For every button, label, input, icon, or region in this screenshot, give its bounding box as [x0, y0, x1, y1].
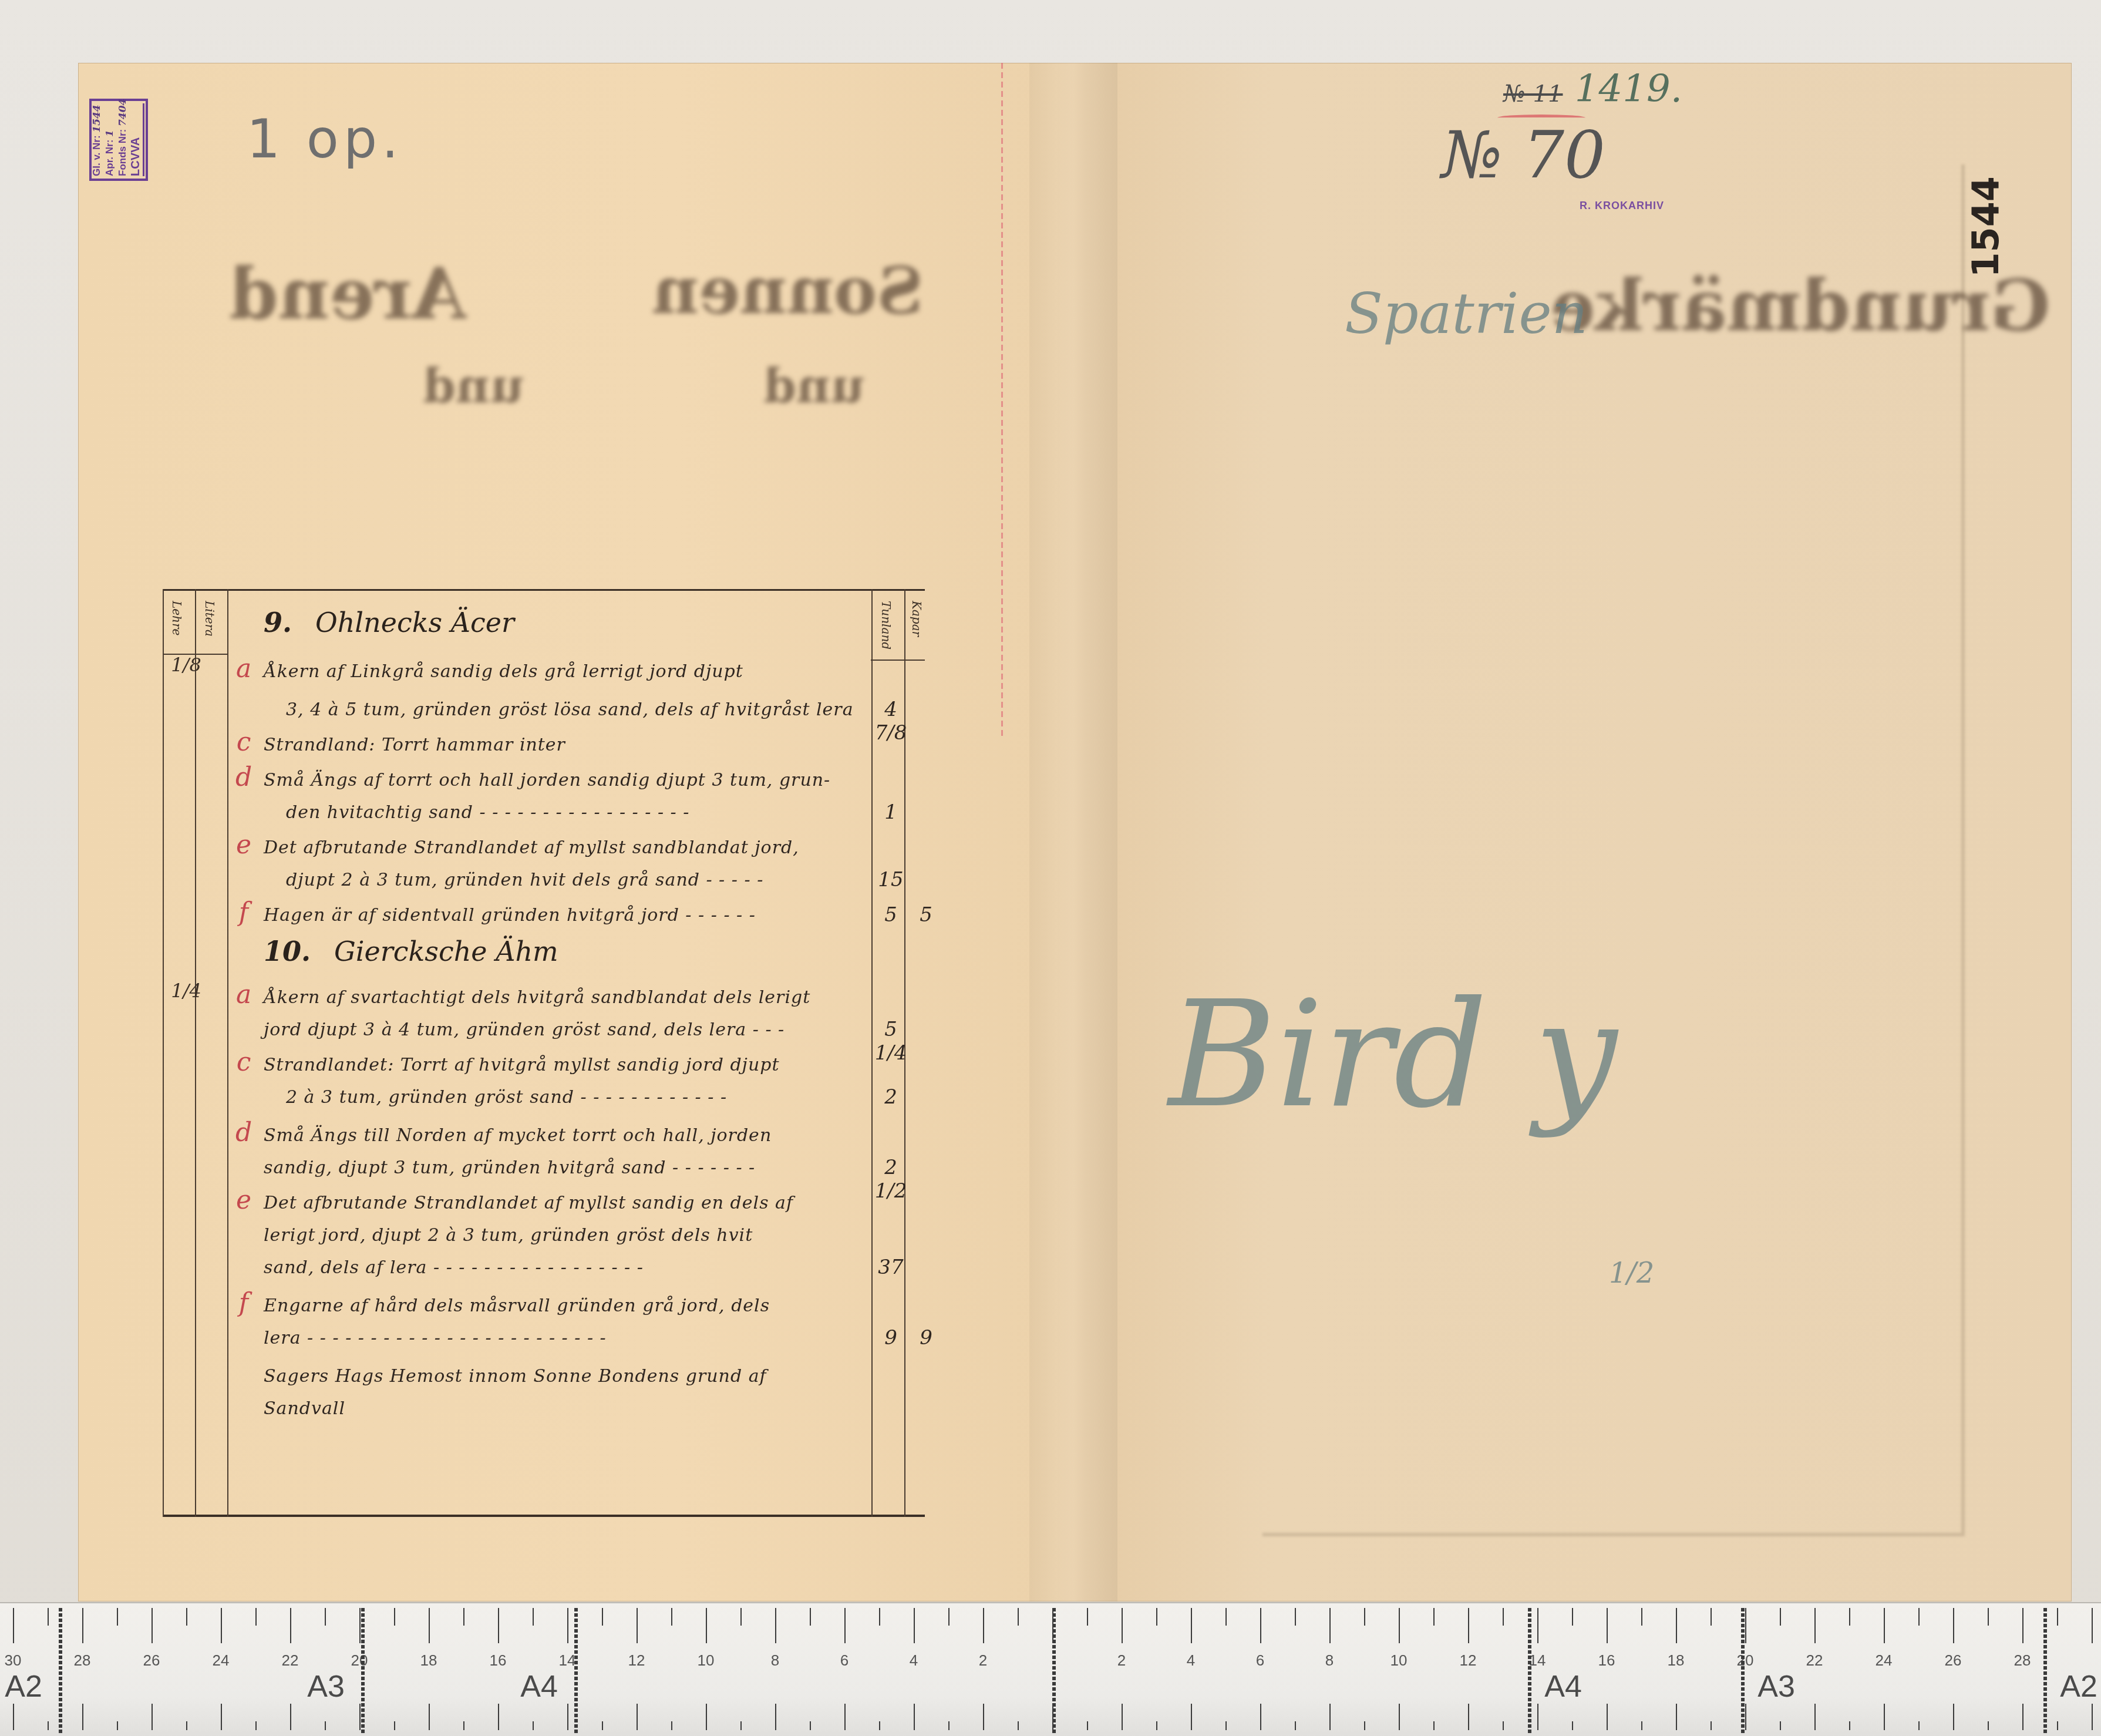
- ruler-tick: [1537, 1608, 1538, 1643]
- red-margin-line: [1001, 63, 1003, 738]
- section-left-value: 1/4: [169, 980, 204, 1002]
- ruler-tick: [290, 1704, 291, 1730]
- ruler-tick: [844, 1608, 846, 1643]
- ruler-tick: [359, 1704, 361, 1730]
- ruler-tick: [13, 1608, 14, 1643]
- ruler-tick: [1849, 1608, 1850, 1626]
- ruler-label: 24: [213, 1651, 230, 1670]
- ruler-label: 20: [351, 1651, 368, 1670]
- ruler-tick: [1433, 1608, 1435, 1626]
- ruler-tick: [1468, 1608, 1469, 1643]
- bleed-through-text: Arend: [229, 253, 466, 335]
- ruler-tick: [2057, 1608, 2058, 1626]
- ruler-tick: [1988, 1721, 1989, 1730]
- ruler-tick: [671, 1721, 672, 1730]
- ruler-tick: [48, 1721, 49, 1730]
- ruler-tick: [602, 1721, 603, 1730]
- ruler-tick: [914, 1704, 915, 1730]
- ruler-label: 12: [628, 1651, 645, 1670]
- ruler-tick: [948, 1608, 950, 1626]
- ruler-tick: [1884, 1704, 1885, 1730]
- stamp-fonds: Fonds Nr: 7404: [117, 103, 129, 176]
- ruler-tick: [1676, 1704, 1677, 1730]
- ruler-tick: [1018, 1721, 1019, 1730]
- ruler-tick: [48, 1608, 49, 1626]
- bleed-through-frame: [1262, 164, 1965, 1536]
- ruler-tick: [1572, 1721, 1573, 1730]
- ruler-tick: [1295, 1721, 1296, 1730]
- ruler-tick: [394, 1608, 395, 1626]
- ruler-tick: [706, 1608, 707, 1643]
- ruler-tick: [1607, 1704, 1608, 1730]
- ruler-tick: [186, 1721, 187, 1730]
- ruler-tick: [1260, 1608, 1261, 1643]
- ruler-tick: [1503, 1721, 1504, 1730]
- book-spine: [1029, 63, 1117, 1602]
- ruler-tick: [533, 1721, 534, 1730]
- ruler-tick: [740, 1721, 742, 1730]
- ruler-tick: [255, 1608, 257, 1626]
- ruler-tick: [533, 1608, 534, 1626]
- ruler-tick: [879, 1608, 880, 1626]
- ruler-label: 28: [74, 1651, 91, 1670]
- ruler-tick: [82, 1704, 83, 1730]
- paper-format-label: A4: [1544, 1669, 1582, 1704]
- ruler-label: 22: [282, 1651, 299, 1670]
- ruler-label: 10: [698, 1651, 715, 1670]
- ruler-tick: [844, 1704, 846, 1730]
- table-column-rule: [163, 589, 164, 1517]
- ruler-label: 16: [1598, 1651, 1615, 1670]
- ruler-tick: [394, 1721, 395, 1730]
- paper-format-label: A2: [5, 1669, 42, 1704]
- ruler-tick: [1780, 1608, 1781, 1626]
- bleed-through-text: Sonnen: [652, 253, 924, 328]
- ruler-label: 24: [1876, 1651, 1893, 1670]
- paper-format-marker: [574, 1608, 578, 1734]
- ruler-tick: [637, 1704, 638, 1730]
- ruler-tick: [1745, 1608, 1746, 1643]
- ruler-tick: [13, 1704, 14, 1730]
- section-heading: 9.Ohlnecks Äcer: [264, 607, 514, 638]
- ruler-label: 8: [771, 1651, 779, 1670]
- ruler-tick: [1156, 1721, 1157, 1730]
- ruler-tick: [2057, 1721, 2058, 1730]
- ruler-tick: [775, 1608, 776, 1643]
- table-column-rule: [195, 589, 196, 1517]
- ruler-tick: [290, 1608, 291, 1643]
- ruler-tick: [740, 1608, 742, 1626]
- ruler-tick: [1711, 1721, 1712, 1730]
- document-number: № 70: [1442, 117, 1605, 193]
- ruler-tick: [983, 1704, 984, 1730]
- ledger-table: Lehre Litera Tunland Kapar 9.Ohlnecks Äc…: [163, 589, 925, 1517]
- section-heading: 10.Giercksche Ähm: [264, 936, 558, 967]
- pencil-annotation: Bird y: [1169, 969, 1617, 1140]
- ruler-label: 18: [420, 1651, 437, 1670]
- ruler-tick: [1087, 1721, 1088, 1730]
- paper-format-label: A3: [307, 1669, 345, 1704]
- ruler-tick: [151, 1704, 153, 1730]
- ruler-label: 6: [1256, 1651, 1264, 1670]
- archive-stamp-right: R. KROKARHIV: [1580, 200, 1664, 212]
- ruler-tick: [2022, 1608, 2023, 1643]
- ruler-tick: [151, 1608, 153, 1643]
- ruler-tick: [1329, 1608, 1331, 1643]
- ruler-label: 18: [1668, 1651, 1685, 1670]
- ruler-tick: [879, 1721, 880, 1730]
- ruler-tick: [221, 1608, 222, 1643]
- ruler-tick: [186, 1608, 187, 1626]
- ruler-tick: [1780, 1721, 1781, 1730]
- ruler-tick: [1884, 1608, 1885, 1643]
- ruler-tick: [1433, 1721, 1435, 1730]
- paper-format-label: A3: [1757, 1669, 1795, 1704]
- ruler-label: 30: [5, 1651, 22, 1670]
- ruler-tick: [1364, 1721, 1365, 1730]
- paper-format-marker: [2043, 1608, 2047, 1734]
- ruler-tick: [1122, 1704, 1123, 1730]
- catalog-number: № 11 1419.: [1503, 68, 1682, 111]
- ruler-tick: [706, 1704, 707, 1730]
- ruler-label: 14: [559, 1651, 576, 1670]
- ruler-tick: [1225, 1608, 1227, 1626]
- ruler-tick: [1364, 1608, 1365, 1626]
- ruler-tick: [1607, 1608, 1608, 1643]
- paper-format-marker: [1528, 1608, 1531, 1734]
- ruler-tick: [1087, 1608, 1088, 1626]
- ruler-tick: [567, 1704, 568, 1730]
- ruler-tick: [117, 1608, 118, 1626]
- ruler-tick: [914, 1608, 915, 1643]
- ruler-tick: [2092, 1704, 2093, 1730]
- stamp-apr: Apr. Nr: 1: [104, 103, 116, 176]
- ruler-tick: [1537, 1704, 1538, 1730]
- ruler-tick: [1225, 1721, 1227, 1730]
- side-page-number: 1544: [1964, 176, 2007, 278]
- ruler-tick: [775, 1704, 776, 1730]
- ruler-tick: [1676, 1608, 1677, 1643]
- ruler-tick: [221, 1704, 222, 1730]
- stamp-glv: Gl. v. Nr: 1544: [91, 103, 103, 176]
- stamp-title: LCVVA: [130, 103, 144, 176]
- ruler-tick: [1122, 1608, 1123, 1643]
- ruler-label: 16: [490, 1651, 507, 1670]
- ruler-tick: [117, 1721, 118, 1730]
- ruler-tick: [82, 1608, 83, 1643]
- ruler-tick: [1849, 1721, 1850, 1730]
- ruler-tick: [1468, 1704, 1469, 1730]
- ruler-tick: [1399, 1704, 1400, 1730]
- ruler-tick: [1260, 1704, 1261, 1730]
- ruler-tick: [1399, 1608, 1400, 1643]
- ruler-tick: [2022, 1704, 2023, 1730]
- ruler-tick: [1503, 1608, 1504, 1626]
- ruler-tick: [1295, 1608, 1296, 1626]
- ruler-label: 28: [2014, 1651, 2031, 1670]
- bleed-through-text: und: [763, 358, 864, 413]
- ruler-tick: [810, 1608, 811, 1626]
- ruler-tick: [1814, 1608, 1816, 1643]
- ruler-label: 4: [1187, 1651, 1195, 1670]
- ruler-label: 4: [910, 1651, 918, 1670]
- bleed-through-text: und: [423, 358, 524, 413]
- ruler-center-marker: [1052, 1608, 1056, 1734]
- ruler-tick: [498, 1704, 499, 1730]
- ruler-label: 26: [1945, 1651, 1962, 1670]
- archive-stamp: LCVVA Fonds Nr: 7404 Apr. Nr: 1 Gl. v. N…: [89, 99, 148, 181]
- ruler-tick: [429, 1704, 430, 1730]
- ruler-tick: [1918, 1721, 1920, 1730]
- ruler-tick: [429, 1608, 430, 1643]
- paper-format-marker: [1741, 1608, 1745, 1734]
- ruler-label: 12: [1460, 1651, 1477, 1670]
- ruler-tick: [1918, 1608, 1920, 1626]
- ruler-label: 6: [840, 1651, 849, 1670]
- ruler-tick: [1814, 1704, 1816, 1730]
- column-header-litera: Litera: [203, 601, 217, 637]
- ruler-label: 8: [1325, 1651, 1334, 1670]
- ruler-tick: [463, 1721, 464, 1730]
- ruler-tick: [1018, 1608, 1019, 1626]
- ruler-tick: [1988, 1608, 1989, 1626]
- ruler-tick: [498, 1608, 499, 1643]
- ruler-tick: [1191, 1608, 1192, 1643]
- ruler-tick: [325, 1721, 326, 1730]
- ruler-tick: [671, 1608, 672, 1626]
- paper-format-marker: [361, 1608, 365, 1734]
- ruler-tick: [810, 1721, 811, 1730]
- paper-format-marker: [59, 1608, 62, 1734]
- ruler-tick: [1329, 1704, 1331, 1730]
- ruler-tick: [2092, 1608, 2093, 1643]
- pencil-mark: 1/2: [1609, 1257, 1654, 1290]
- paper-format-label: A2: [2060, 1669, 2097, 1704]
- ruler-tick: [567, 1608, 568, 1643]
- ruler-label: 10: [1390, 1651, 1408, 1670]
- ruler-tick: [1156, 1608, 1157, 1626]
- ruler-tick: [1953, 1704, 1954, 1730]
- ruler-tick: [1572, 1608, 1573, 1626]
- section-left-value: 1/8: [169, 654, 204, 676]
- ruler-label: 2: [979, 1651, 987, 1670]
- ledger-rows: 9.Ohlnecks Äcer 1/8 a Åkern af Linkgrå s…: [227, 589, 925, 1517]
- paper-format-label: A4: [520, 1669, 558, 1704]
- ruler-tick: [1711, 1608, 1712, 1626]
- pencil-note: 1 op.: [247, 109, 403, 170]
- ruler-tick: [359, 1608, 361, 1643]
- ruler-tick: [1745, 1704, 1746, 1730]
- ruler-tick: [637, 1608, 638, 1643]
- ruler-tick: [1191, 1704, 1192, 1730]
- ruler-tick: [1641, 1721, 1642, 1730]
- ruler-tick: [948, 1721, 950, 1730]
- ruler-tick: [602, 1608, 603, 1626]
- column-header-lehre: Lehre: [170, 601, 184, 635]
- ruler-label: 2: [1117, 1651, 1126, 1670]
- ruler-label: 22: [1806, 1651, 1823, 1670]
- ruler-tick: [1953, 1608, 1954, 1643]
- ruler-tick: [463, 1608, 464, 1626]
- ruler-tick: [1641, 1608, 1642, 1626]
- ruler-tick: [325, 1608, 326, 1626]
- pencil-annotation: Spatrien: [1345, 282, 1588, 346]
- ruler-label: 20: [1737, 1651, 1754, 1670]
- ruler-tick: [255, 1721, 257, 1730]
- ruler-label: 26: [143, 1651, 160, 1670]
- measurement-ruler: 3028262422201816141210864224681012141618…: [0, 1602, 2101, 1736]
- ruler-tick: [983, 1608, 984, 1643]
